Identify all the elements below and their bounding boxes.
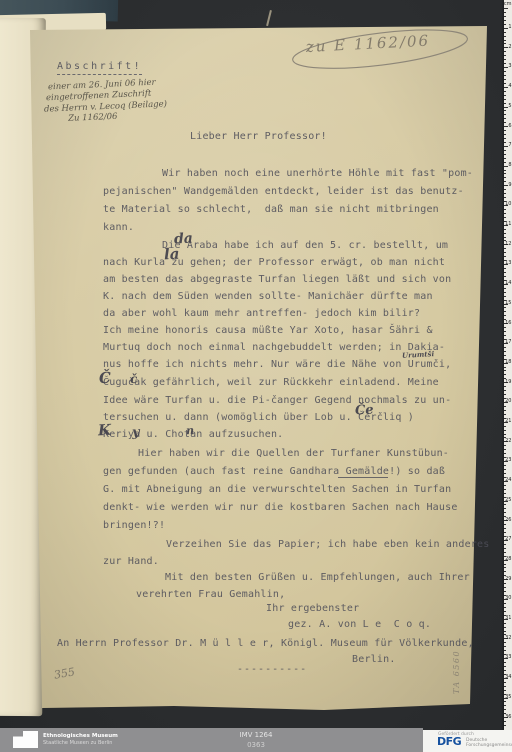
ruler-number: 19 xyxy=(505,380,511,385)
ruler-number: 28 xyxy=(505,557,511,562)
ruler-tick xyxy=(504,489,506,490)
ruler-tick xyxy=(504,627,506,628)
ruler-tick xyxy=(504,508,506,509)
handwritten-correction: Urumtši xyxy=(402,349,435,360)
body-line: am besten das abgegraste Turfan liegen l… xyxy=(103,274,451,286)
ruler-tick xyxy=(504,268,506,269)
handwritten-correction: Če xyxy=(355,403,374,419)
ruler-tick xyxy=(504,473,506,474)
ruler-tick xyxy=(504,55,506,56)
ruler-tick xyxy=(504,181,506,182)
ruler-tick xyxy=(504,394,506,395)
ruler-tick xyxy=(504,40,506,41)
ruler-number: 35 xyxy=(505,695,511,700)
body-line: bringen!?! xyxy=(103,520,165,532)
body-line: nach Kurla zu gehen; der Professor erwäg… xyxy=(103,257,445,269)
ruler-tick xyxy=(504,217,506,218)
ruler-number: 3 xyxy=(508,64,511,69)
ruler-tick xyxy=(504,229,506,230)
ruler-tick xyxy=(504,564,506,565)
address-line: Berlin. xyxy=(352,654,396,666)
ruler-tick xyxy=(504,528,506,529)
ruler-tick xyxy=(504,32,506,33)
ruler-tick xyxy=(504,650,506,651)
ruler-number: 13 xyxy=(505,261,511,266)
ruler-number: 10 xyxy=(505,202,511,207)
ruler-tick xyxy=(504,134,506,135)
registry-mark: zu E 1162/06 xyxy=(287,17,479,79)
ruler-tick xyxy=(504,248,506,249)
closing-line: verehrten Frau Gemahlin, xyxy=(136,589,285,601)
body-line: K. nach dem Süden wenden sollte- Manichä… xyxy=(103,291,433,303)
ruler-tick xyxy=(504,430,506,431)
ruler-number: 25 xyxy=(505,498,511,503)
ruler-number: 8 xyxy=(508,163,511,168)
ruler-tick xyxy=(504,272,506,273)
ruler-tick xyxy=(504,307,506,308)
ruler-tick xyxy=(504,374,506,375)
body-line: denkt- wie werden wir nur die kostbaren … xyxy=(103,502,458,514)
ruler-tick xyxy=(504,709,506,710)
ruler-number: 23 xyxy=(505,458,511,463)
ruler-number: 33 xyxy=(505,655,511,660)
ruler-tick xyxy=(504,485,506,486)
ruler-tick xyxy=(504,158,506,159)
body-line: te Material so schlecht, daß man sie nic… xyxy=(103,204,439,216)
ruler-tick xyxy=(504,603,506,604)
ruler-tick xyxy=(504,666,506,667)
ruler-tick xyxy=(504,670,506,671)
dfg-name-line2: Forschungsgemeinschaft xyxy=(466,743,512,748)
inventory-id: IMV 1264 xyxy=(0,731,512,739)
ruler-number: 20 xyxy=(505,399,511,404)
ruler-tick xyxy=(504,469,506,470)
ruler-tick xyxy=(504,453,506,454)
ruler-tick xyxy=(504,504,506,505)
ruler-number: 34 xyxy=(505,675,511,680)
ruler-number: 7 xyxy=(508,143,511,148)
cm-ruler: cm 1234567891011121314151617181920212223… xyxy=(504,0,512,731)
ruler-number: 30 xyxy=(505,596,511,601)
ruler-tick xyxy=(504,682,506,683)
ruler-tick xyxy=(504,370,506,371)
ruler-tick xyxy=(504,721,506,722)
ruler-tick xyxy=(504,193,506,194)
ruler-tick xyxy=(504,130,506,131)
ruler-tick xyxy=(504,607,506,608)
ruler-tick xyxy=(504,445,506,446)
ruler-tick xyxy=(504,288,506,289)
pencil-stroke xyxy=(266,10,271,26)
ruler-tick xyxy=(504,426,506,427)
ruler-tick xyxy=(504,292,506,293)
ruler-tick xyxy=(504,449,506,450)
ruler-tick xyxy=(504,237,506,238)
ruler-number: 9 xyxy=(508,183,511,188)
ruler-tick xyxy=(504,493,506,494)
ruler-tick xyxy=(504,59,506,60)
ruler-tick xyxy=(504,142,506,143)
ruler-tick xyxy=(504,170,506,171)
ruler-tick xyxy=(504,173,506,174)
body-line: da aber wohl kaum mehr antreffen- jedoch… xyxy=(103,308,420,320)
ruler-number: 17 xyxy=(505,340,511,345)
copy-label: Abschrift! xyxy=(57,61,142,75)
ruler-tick xyxy=(504,532,506,533)
body-line: gen gefunden (auch fast reine Gandhara G… xyxy=(103,466,445,478)
ruler-number: 1 xyxy=(508,25,511,30)
body-line: Čugučak gefährlich, weil zur Rückkehr ei… xyxy=(103,377,439,389)
ruler-number: 11 xyxy=(505,222,511,227)
ruler-tick xyxy=(504,524,506,525)
handwritten-correction: č xyxy=(130,372,138,386)
ruler-tick xyxy=(504,197,506,198)
ruler-number: 12 xyxy=(505,242,511,247)
ruler-tick xyxy=(504,256,506,257)
ruler-tick xyxy=(504,75,506,76)
ruler-tick xyxy=(504,386,506,387)
ruler-tick xyxy=(504,213,506,214)
ruler-tick xyxy=(504,83,506,84)
ruler-tick xyxy=(504,414,506,415)
ruler-tick xyxy=(504,233,506,234)
ruler-number: 27 xyxy=(505,537,511,542)
ruler-tick xyxy=(504,315,506,316)
ruler-tick xyxy=(504,544,506,545)
ruler-tick xyxy=(504,390,506,391)
ruler-tick xyxy=(504,91,506,92)
ruler-tick xyxy=(504,51,506,52)
ruler-tick xyxy=(504,150,506,151)
body-line: kann. xyxy=(103,222,134,234)
body-line: Verzeihen Sie das Papier; ich habe eben … xyxy=(166,539,489,551)
ruler-number: 16 xyxy=(505,321,511,326)
ruler-tick xyxy=(504,103,506,104)
handwritten-correction: n xyxy=(186,424,195,437)
ruler-tick xyxy=(504,20,506,21)
ruler-tick xyxy=(504,571,506,572)
ruler-tick xyxy=(504,110,506,111)
ruler-tick xyxy=(504,189,506,190)
signature-line: gez. A. von L e C o q. xyxy=(288,619,431,631)
ruler-tick xyxy=(504,36,506,37)
ruler-number: 4 xyxy=(508,84,511,89)
ruler-tick xyxy=(504,209,506,210)
ruler-tick xyxy=(504,646,506,647)
ruler-tick xyxy=(504,701,506,702)
ruler-tick xyxy=(504,311,506,312)
body-line: Idee wäre Turfan u. die Pi-čanger Gegend… xyxy=(103,395,451,407)
ruler-tick xyxy=(504,296,506,297)
ruler-number: 36 xyxy=(505,715,511,720)
ruler-tick xyxy=(504,591,506,592)
divider-dashes: ---------- xyxy=(237,664,307,676)
ruler-tick xyxy=(504,276,506,277)
ruler-tick xyxy=(504,434,506,435)
ruler-tick xyxy=(504,351,506,352)
ruler-tick xyxy=(504,662,506,663)
ruler-tick xyxy=(504,335,506,336)
ruler-tick xyxy=(504,71,506,72)
ruler-tick xyxy=(504,43,506,44)
ruler-tick xyxy=(504,122,506,123)
address-line: An Herrn Professor Dr. M ü l l e r, Köni… xyxy=(57,638,474,650)
body-line: G. mit Abneigung an die verwurschtelten … xyxy=(103,484,451,496)
closing-line: Ihr ergebenster xyxy=(266,603,359,615)
ruler-tick xyxy=(504,512,506,513)
ruler-number: 24 xyxy=(505,478,511,483)
ruler-tick xyxy=(504,79,506,80)
ruler-tick xyxy=(504,355,506,356)
scan-number: 0363 xyxy=(0,741,512,749)
ruler-number: 26 xyxy=(505,518,511,523)
salutation: Lieber Herr Professor! xyxy=(190,131,327,143)
ruler-number: 2 xyxy=(508,45,511,50)
underline-gemaelde xyxy=(338,477,388,478)
ruler-number: 22 xyxy=(505,439,511,444)
handwritten-correction: Č xyxy=(99,369,112,388)
body-line: Wir haben noch eine unerhörte Höhle mit … xyxy=(162,168,473,180)
body-line: Hier haben wir die Quellen der Turfaner … xyxy=(138,448,449,460)
ruler-number: 5 xyxy=(508,104,511,109)
scanned-document-viewer: zu E 1162/06 Abschrift! einer am 26. Jun… xyxy=(0,0,512,752)
dfg-logo: DFG xyxy=(437,736,461,748)
ruler-tick xyxy=(504,642,506,643)
ruler-tick xyxy=(504,686,506,687)
ruler-tick xyxy=(504,705,506,706)
ruler-number: 15 xyxy=(505,301,511,306)
ruler-number: 31 xyxy=(505,616,511,621)
body-line: Die Araba habe ich auf den 5. cr. bestel… xyxy=(162,240,448,252)
ruler-tick xyxy=(504,63,506,64)
ruler-tick xyxy=(504,154,506,155)
ruler-tick xyxy=(504,162,506,163)
ruler-tick xyxy=(504,587,506,588)
closing-line: Mit den besten Grüßen u. Empfehlungen, a… xyxy=(165,572,470,584)
ruler-tick xyxy=(504,95,506,96)
ruler-tick xyxy=(504,331,506,332)
body-line: Ich meine honoris causa müßte Yar Xoto, … xyxy=(103,325,433,337)
ruler-tick xyxy=(504,725,506,726)
handwritten-correction: la xyxy=(164,245,180,264)
ruler-tick xyxy=(504,367,506,368)
ruler-unit-label: cm xyxy=(504,1,512,7)
ruler-number: 6 xyxy=(508,124,511,129)
body-line: zur Hand. xyxy=(103,556,159,568)
ruler-tick xyxy=(504,16,506,17)
ruler-tick xyxy=(504,8,508,9)
ruler-tick xyxy=(504,252,506,253)
ruler-number: 21 xyxy=(505,419,511,424)
ruler-number: 29 xyxy=(505,577,511,582)
ruler-tick xyxy=(504,465,506,466)
ruler-tick xyxy=(504,24,506,25)
ruler-tick xyxy=(504,138,506,139)
ruler-tick xyxy=(504,327,506,328)
ruler-tick xyxy=(504,99,506,100)
vertical-inventory-mark: TA 6560 xyxy=(452,650,461,694)
ruler-tick xyxy=(504,567,506,568)
body-line: pejanischen" Wandgemälden entdeckt, leid… xyxy=(103,186,464,198)
ruler-tick xyxy=(504,118,506,119)
ruler-number: 18 xyxy=(505,360,511,365)
ruler-tick xyxy=(504,347,506,348)
handwritten-correction: K xyxy=(98,421,112,440)
ruler-tick xyxy=(504,583,506,584)
ruler-tick xyxy=(504,552,506,553)
ruler-tick xyxy=(504,410,506,411)
ruler-number: 14 xyxy=(505,281,511,286)
ruler-tick xyxy=(504,548,506,549)
ruler-tick xyxy=(504,631,506,632)
body-line: nus hoffe ich nichts mehr. Nur wäre die … xyxy=(103,359,451,371)
ruler-tick xyxy=(504,690,506,691)
ruler-tick xyxy=(504,177,506,178)
ruler-tick xyxy=(504,611,506,612)
body-line: Murtuq doch noch einmal nachgebuddelt we… xyxy=(103,342,445,354)
ruler-tick xyxy=(504,623,506,624)
ruler-number: 32 xyxy=(505,636,511,641)
ruler-tick xyxy=(504,406,506,407)
ruler-tick xyxy=(504,114,506,115)
handwritten-correction: y xyxy=(132,425,140,440)
ruler-tick xyxy=(504,12,506,13)
